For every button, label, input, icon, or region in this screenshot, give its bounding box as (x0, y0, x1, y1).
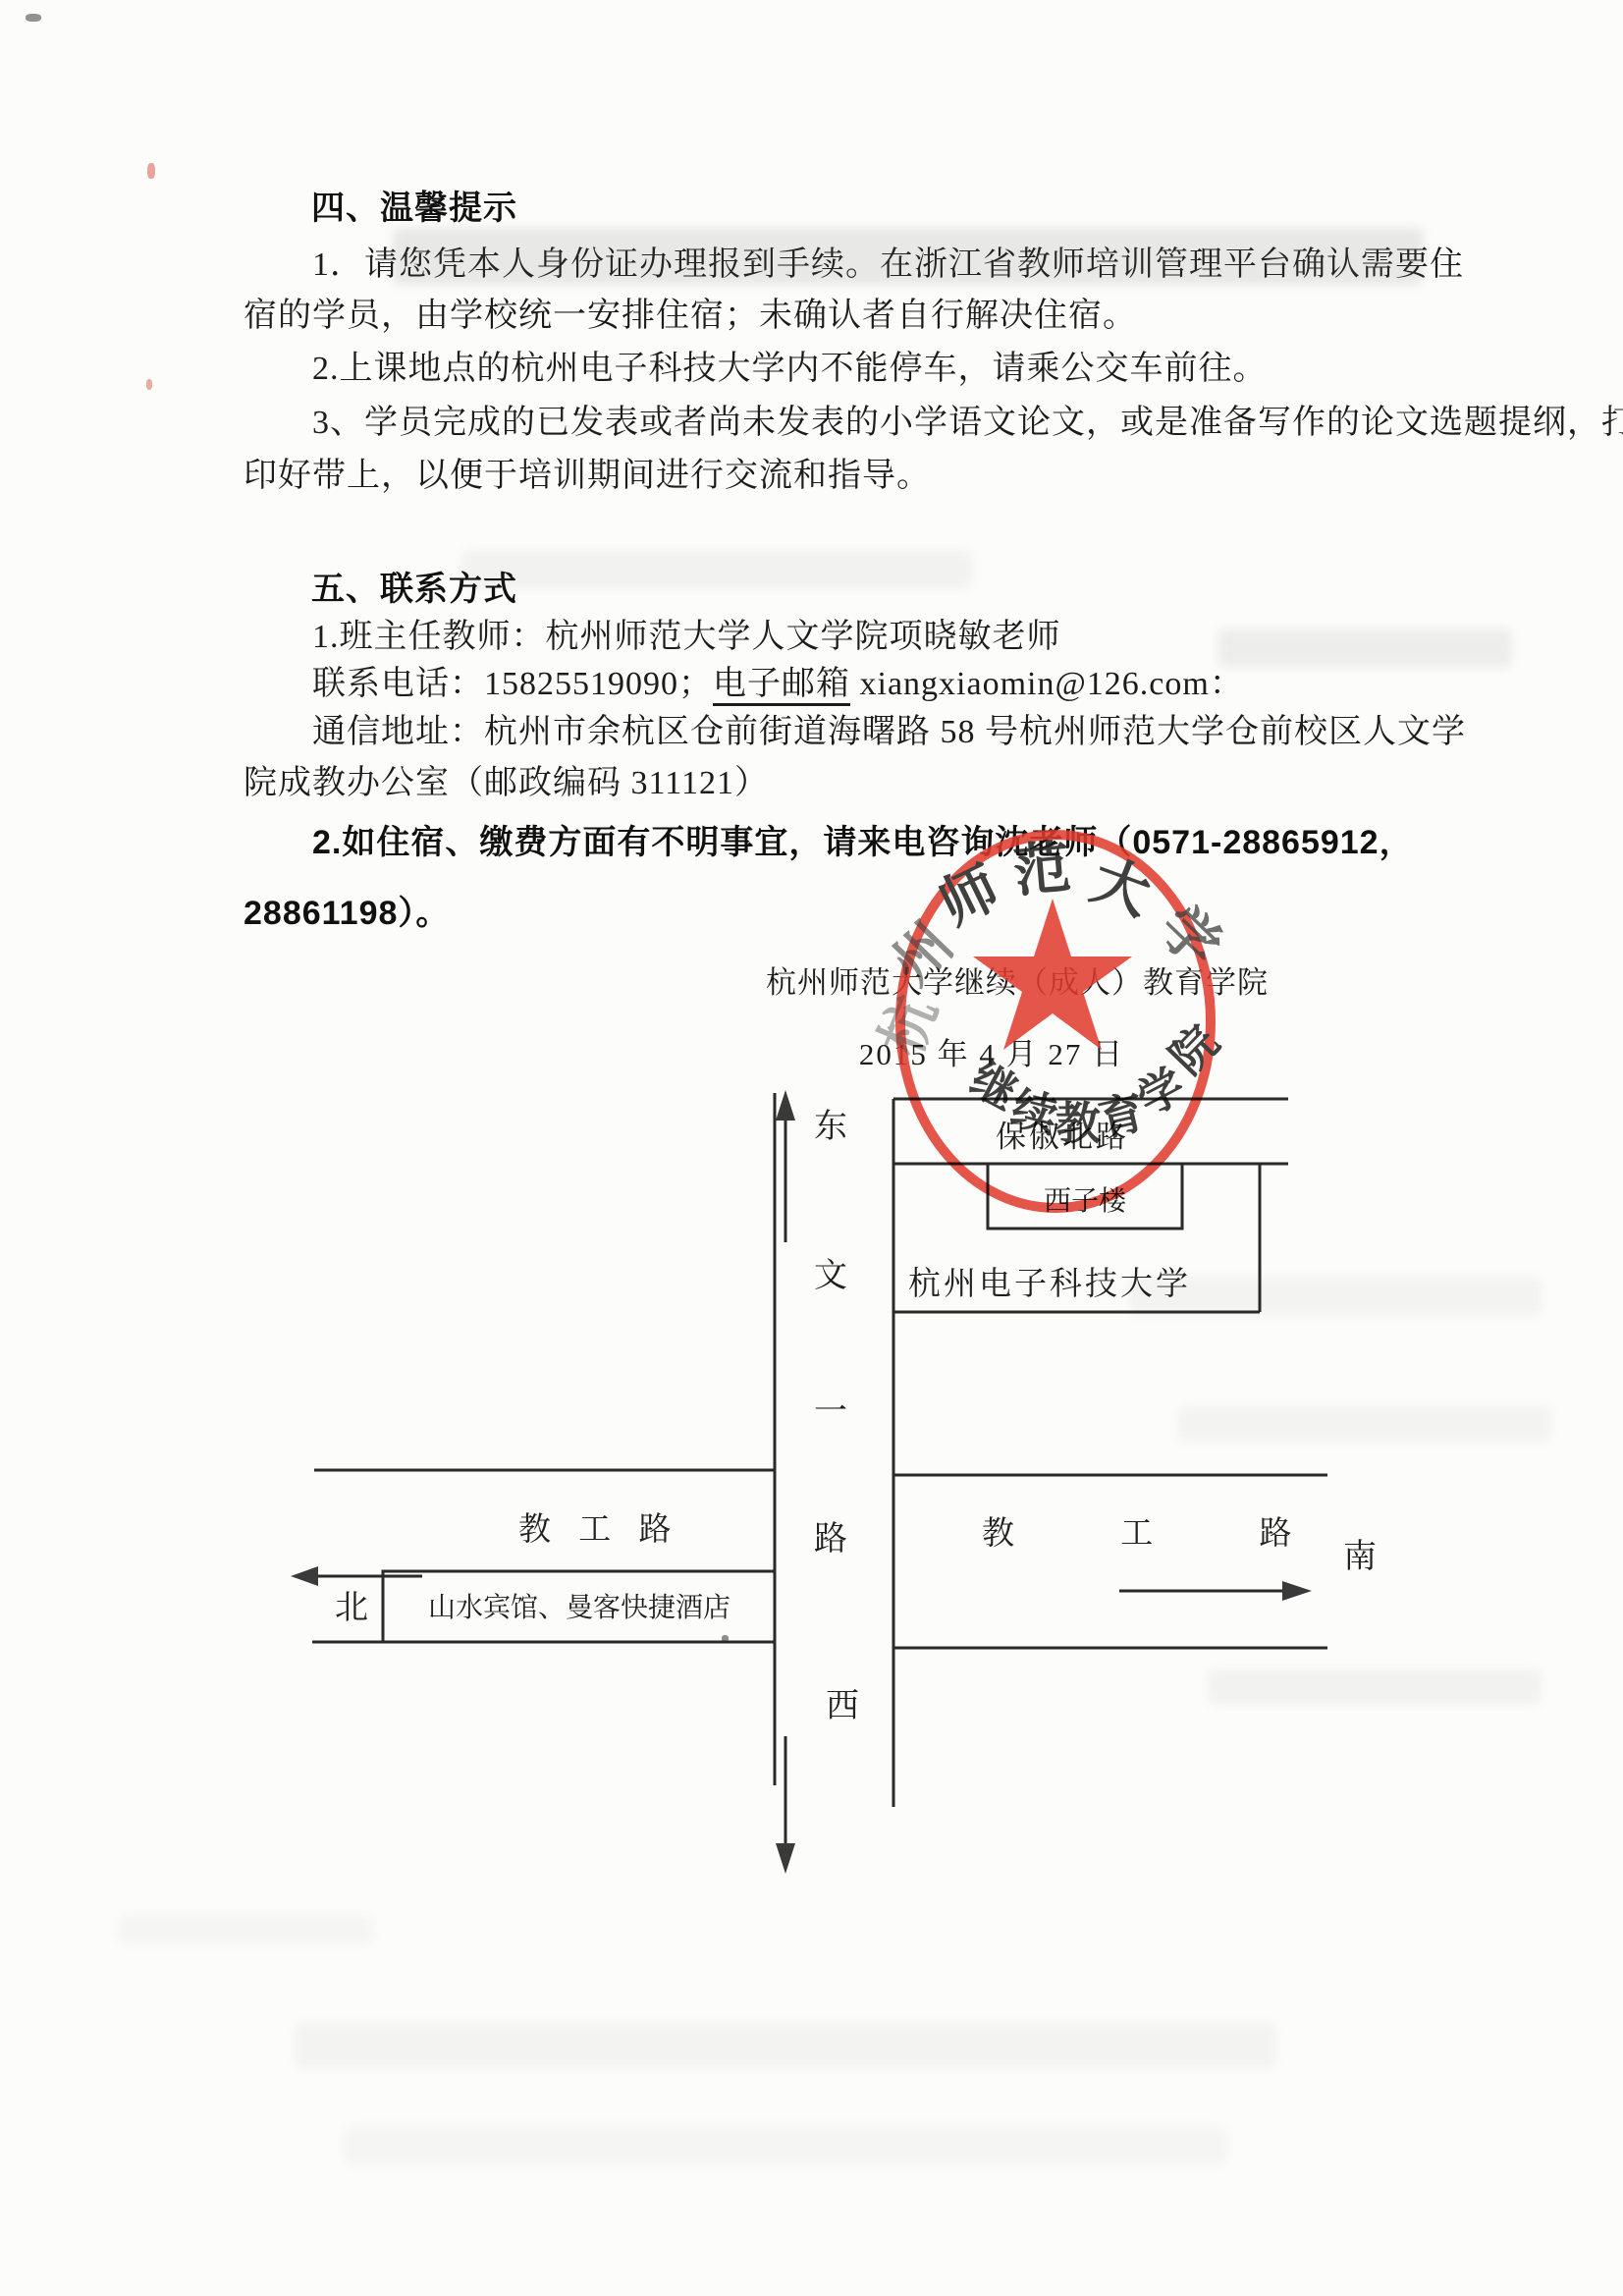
bleedthrough-artifact (461, 550, 972, 589)
jiaogong-road-right-label: 教 工 路 (982, 1515, 1341, 1552)
fee-note-line1: 2.如住宿、缴费方面有不明事宜，请来电咨询沈老师（0571-28865912， (312, 823, 1414, 863)
bleedthrough-artifact (1129, 1277, 1542, 1316)
seal-bottom-char-1: 续 (1006, 1083, 1062, 1143)
contact-address-line2: 院成教办公室（邮政编码 311121） (243, 764, 769, 804)
phone-number-text: 联系电话：15825519090； (312, 666, 713, 702)
seal-ring (900, 835, 1211, 1208)
bleedthrough-artifact (118, 1915, 373, 1944)
contact-phone-email: 联系电话：15825519090；电子邮箱 xiangxiaomin@126.c… (312, 665, 1244, 705)
bleedthrough-artifact (344, 2126, 1227, 2165)
bleedthrough-artifact (1178, 1406, 1551, 1442)
hotel-label: 山水宾馆、曼客快捷酒店 (428, 1592, 730, 1623)
jiaogong-road-left-label: 教 工 路 (518, 1511, 681, 1548)
location-map: 东 文 一 路 西 保俶北路 西子楼 杭州电子科技大学 教 工 路 教 工 路 … (0, 0, 1623, 2296)
bleedthrough-artifact (1208, 1669, 1542, 1705)
seal-bottom-char-2: 教 (1055, 1099, 1102, 1149)
wenyi-road-char-wen: 文 (814, 1258, 847, 1294)
baochu-road-label: 保俶北路 (996, 1120, 1129, 1154)
bleedthrough-artifact (393, 228, 1424, 285)
signature-org: 杭州师范大学继续（成人）教育学院 (766, 957, 1217, 1002)
section-title-tips: 四、温馨提示 (311, 189, 517, 229)
wenyi-road-char-lu: 路 (814, 1520, 847, 1558)
scanned-notice-page: 四、温馨提示 1．请您凭本人身份证办理报到手续。在浙江省教师培训管理平台确认需要… (0, 0, 1623, 2296)
email-address-text: xiangxiaomin@126.com： (850, 666, 1244, 702)
scan-speck (722, 1635, 729, 1642)
compass-north-label: 北 (335, 1590, 368, 1626)
contact-address-line1: 通信地址：杭州市余杭区仓前街道海曙路 58 号杭州师范大学仓前校区人文学 (312, 713, 1466, 753)
signature-date: 2015 年 4 月 27 日 (766, 1029, 1217, 1073)
seal-top-char-2: 师 (930, 855, 1009, 938)
tips-item3-line1: 3、学员完成的已发表或者尚未发表的小学语文论文，或是准备写作的论文选题提纲，打 (312, 404, 1623, 444)
bleedthrough-artifact (295, 2023, 1276, 2068)
hotel-box (383, 1571, 775, 1642)
xizi-building-box (988, 1164, 1182, 1229)
scan-speck (146, 379, 152, 390)
arrow-down-head-icon (776, 1843, 795, 1874)
tips-item3-line2: 印好带上，以便于培训期间进行交流和指导。 (243, 457, 931, 497)
arrow-right-head-icon (1282, 1581, 1312, 1601)
arrow-left-head-icon (291, 1566, 318, 1586)
email-label: 电子邮箱 (713, 666, 850, 706)
arrow-up-head-icon (776, 1090, 795, 1121)
bleedthrough-artifact (1217, 629, 1512, 668)
scan-speck (147, 163, 155, 179)
wenyi-road-char-yi: 一 (814, 1394, 847, 1430)
official-red-seal: 杭 州 师 范 大 学 继 续 教 育 学 院 (869, 835, 1232, 1208)
xizi-building-label: 西子楼 (1044, 1185, 1127, 1217)
tips-item1-line2: 宿的学员，由学校统一安排住宿；未确认者自行解决住宿。 (243, 297, 1137, 337)
compass-west-label: 西 (826, 1688, 859, 1724)
scan-speck (26, 14, 41, 22)
tips-item2: 2.上课地点的杭州电子科技大学内不能停车，请乘公交车前往。 (312, 350, 1268, 390)
contact-teacher: 1.班主任教师：杭州师范大学人文学院项晓敏老师 (312, 618, 1061, 658)
compass-east-label: 东 (814, 1108, 847, 1145)
compass-south-label: 南 (1343, 1538, 1377, 1575)
fee-note-line2: 28861198）。 (243, 894, 450, 934)
seal-bottom-char-3: 育 (1094, 1087, 1149, 1146)
